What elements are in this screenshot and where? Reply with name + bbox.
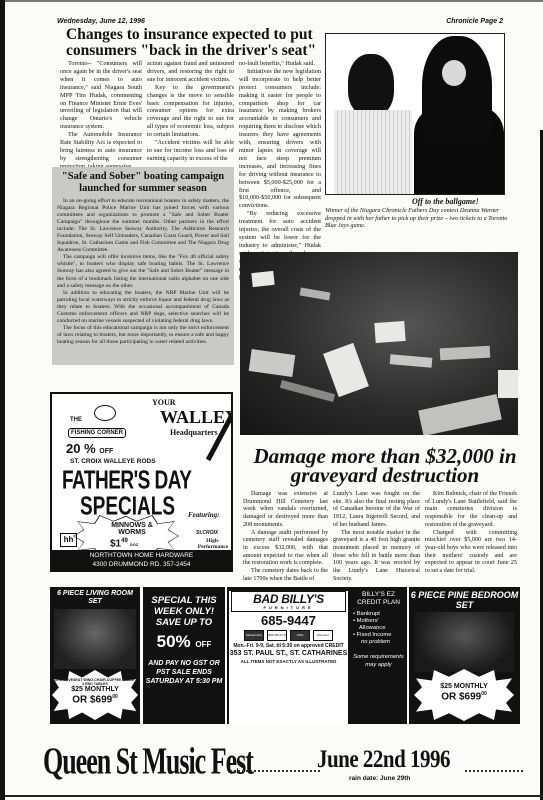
graveyard-paragraph: Damage was extensive at Drummond Hill Ce…	[243, 491, 328, 530]
ad-footer: NORTHTOWN HOME HARDWARE 4300 DRUMMOND RD…	[52, 550, 231, 570]
pine-starburst: $25 MONTHLY OR $69900	[414, 669, 514, 721]
graveyard-paragraph: The cemetery dates back to the late 1700…	[243, 568, 328, 583]
graveyard-col-1: Damage was extensive at Drummond Hill Ce…	[243, 491, 328, 583]
st-croix-logo: St.CROIX	[196, 530, 218, 536]
billy-address: 353 ST. PAUL ST., ST. CATHARINES	[229, 650, 348, 658]
ez-item: • Bankrupt	[353, 611, 407, 618]
billy-sub: FURNITURE	[232, 605, 345, 610]
rain-date: rain date: June 29th	[349, 775, 410, 782]
special-line-1: SPECIAL THIS WEEK ONLY! SAVE UP TO	[143, 587, 225, 628]
special-sale-ad: SPECIAL THIS WEEK ONLY! SAVE UP TO 50% O…	[143, 587, 225, 724]
ez-list: • Bankrupt • Mothers' Allowance • Fixed …	[350, 611, 407, 646]
photo-daughter	[414, 36, 504, 195]
living-room-ad: 6 PIECE LIVING ROOM SET SOFA-LOVESEAT WI…	[50, 587, 140, 724]
insurance-col-3: no-fault benefits," Hudak said. Initiati…	[239, 60, 321, 281]
graveyard-paragraph: A damage audit performed by cemetery sta…	[243, 530, 328, 569]
graveyard-col-2: Lundy's Lane was fought on the site. It'…	[333, 491, 420, 583]
discover-icon: Discover	[313, 630, 333, 641]
graveyard-headline: Damage more than $32,000 in graveyard de…	[250, 447, 520, 485]
boating-paragraph: The campaign will offer incentive items,…	[57, 254, 229, 289]
billys-card-icon: BAD BILLY'S	[267, 630, 287, 641]
photo-father	[334, 54, 412, 195]
insurance-paragraph: no-fault benefits," Hudak said.	[239, 60, 321, 68]
visa-icon: VISA	[290, 630, 310, 641]
living-room-title: 6 PIECE LIVING ROOM SET	[50, 587, 140, 606]
ad-your: YOUR	[152, 398, 176, 407]
logo-name: FISHING CORNER	[68, 428, 126, 438]
insurance-paragraph: Toronto-- "Consumers will once again be …	[60, 60, 142, 131]
boating-paragraph: In an on-going effort to educate recreat…	[57, 198, 229, 254]
page-bottom-edge	[5, 795, 543, 797]
logo-the: THE	[70, 417, 82, 423]
insurance-paragraph: action against fraud and uninsured drive…	[147, 60, 234, 84]
ez-title: BILLY'S EZ CREDIT PLAN	[350, 587, 407, 607]
graveyard-col-3: Kim Bubnick, chair of the Friends of Lun…	[425, 491, 517, 576]
ballgame-caption-text: Winner of the Niagara Chronicle Fathers …	[325, 207, 515, 230]
ad-walleye: WALLEYE	[160, 407, 233, 428]
pine-price: OR $69900	[414, 691, 514, 702]
fisherman-icon	[94, 405, 116, 421]
pine-monthly: $25 MONTHLY	[414, 683, 514, 691]
page-label: Chronicle Page 2	[446, 18, 503, 25]
fishing-corner-ad: THE FISHING CORNER YOUR WALLEYE Headquar…	[50, 392, 233, 572]
living-room-starburst: SOFA-LOVESEAT WING-CHAIR-COFFEE TABLE & …	[52, 670, 138, 720]
living-room-price: OR $69900	[52, 694, 138, 705]
minnow-price: $149DOZ	[110, 538, 138, 549]
music-fest-date: June 22nd 1996	[317, 744, 450, 774]
insurance-paragraph: The Automobile Insurance Rate Stability …	[60, 131, 142, 171]
living-room-monthly: $25 MONTHLY	[52, 686, 138, 694]
graveyard-paragraph: The most notable marker in the graveyard…	[333, 530, 420, 584]
mastercard-icon: MasterCard	[244, 630, 264, 641]
billy-phone: 685-9447	[229, 614, 348, 628]
boating-body: In an on-going effort to educate recreat…	[57, 198, 229, 346]
living-room-photo	[54, 609, 136, 669]
billy-hours: Mon.-Fri. 9-9, Sat. til 5:30 on approved…	[229, 643, 348, 649]
page-left-edge	[0, 0, 5, 800]
billy-note: ALL ITEMS NOT EXACTLY AS ILLUSTRATED	[229, 659, 348, 664]
billy-name: BAD BILLY'S	[232, 593, 345, 605]
ez-credit-ad: BILLY'S EZ CREDIT PLAN • Bankrupt • Moth…	[350, 587, 407, 724]
music-staff-decoration	[230, 770, 320, 773]
boating-headline: "Safe and Sober" boating campaign launch…	[57, 171, 229, 195]
music-fest-title: Queen St Music Fest	[43, 740, 253, 784]
boating-paragraph: The focus of this educational campaign i…	[57, 325, 229, 346]
insurance-headline: Changes to insurance expected to put con…	[66, 27, 326, 59]
ez-item: • Mothers'	[353, 618, 407, 625]
special-line-2: AND PAY NO GST OR PST SALE ENDS SATURDAY…	[143, 659, 225, 686]
insurance-col-2: action against fraud and uninsured drive…	[147, 60, 234, 163]
issue-date: Wednesday, June 12, 1996	[57, 18, 145, 25]
furniture-ads-row: 6 PIECE LIVING ROOM SET SOFA-LOVESEAT WI…	[50, 587, 520, 724]
insurance-paragraph: "Accident victims will be able to sue fo…	[147, 139, 234, 163]
pine-bedroom-ad: 6 PIECE PINE BEDROOM SET $25 MONTHLY OR …	[409, 587, 520, 724]
insurance-paragraph: Key to the government's changes is the m…	[147, 84, 234, 139]
store-address: 4300 DRUMMOND RD. 357-2454	[52, 560, 231, 569]
pine-bedroom-photo	[415, 612, 514, 672]
insurance-col-1: Toronto-- "Consumers will once again be …	[60, 60, 142, 171]
pine-title: 6 PIECE PINE BEDROOM SET	[409, 587, 520, 610]
living-room-items: SOFA-LOVESEAT WING-CHAIR-COFFEE TABLE & …	[52, 678, 138, 686]
music-staff-decoration	[465, 770, 523, 773]
croix-rods: ST. CROIX WALLEYE RODS	[70, 458, 156, 465]
boating-paragraph: In addition to educating the boaters, th…	[57, 290, 229, 325]
home-hardware-logo-icon: hh	[60, 533, 77, 547]
ad-headquarters: Headquarters	[170, 428, 218, 437]
ez-item: no problem	[353, 639, 407, 646]
ez-requirements: Some requirements may apply	[350, 654, 407, 669]
fishing-corner-logo: THE FISHING CORNER	[60, 403, 122, 439]
graveyard-paragraph: Kim Bubnick, chair of the Friends of Lun…	[425, 491, 517, 530]
boating-story-box: "Safe and Sober" boating campaign launch…	[52, 167, 234, 365]
page-top-edge	[0, 0, 543, 2]
bad-billys-logo: BAD BILLY'S FURNITURE	[231, 591, 346, 612]
graveyard-paragraph: Lundy's Lane was fought on the site. It'…	[333, 491, 420, 530]
ballgame-photo	[325, 33, 505, 195]
ballgame-caption-title: Off to the ballgame!	[412, 197, 479, 206]
bad-billys-ad: BAD BILLY'S FURNITURE 685-9447 MasterCar…	[227, 587, 350, 724]
store-name: NORTHTOWN HOME HARDWARE	[52, 551, 231, 560]
featuring: Featuring:	[188, 511, 220, 519]
minnows-worms: MINNOWS & WORMS	[107, 522, 157, 536]
graveyard-paragraph: Charged with committing mischief over $5…	[425, 530, 517, 576]
payment-cards: MasterCard BAD BILLY'S VISA Discover	[229, 630, 348, 641]
discount: 20 % OFF	[66, 441, 113, 456]
ez-item: • Fixed Income	[353, 632, 407, 639]
special-percent: 50% OFF	[143, 632, 225, 655]
ez-item: Allowance	[353, 625, 407, 632]
insurance-paragraph: Initiatives the new legislation will inc…	[239, 68, 321, 210]
graveyard-photo	[240, 252, 518, 435]
music-fest-banner: Queen St Music Fest June 22nd 1996 rain …	[35, 740, 525, 790]
